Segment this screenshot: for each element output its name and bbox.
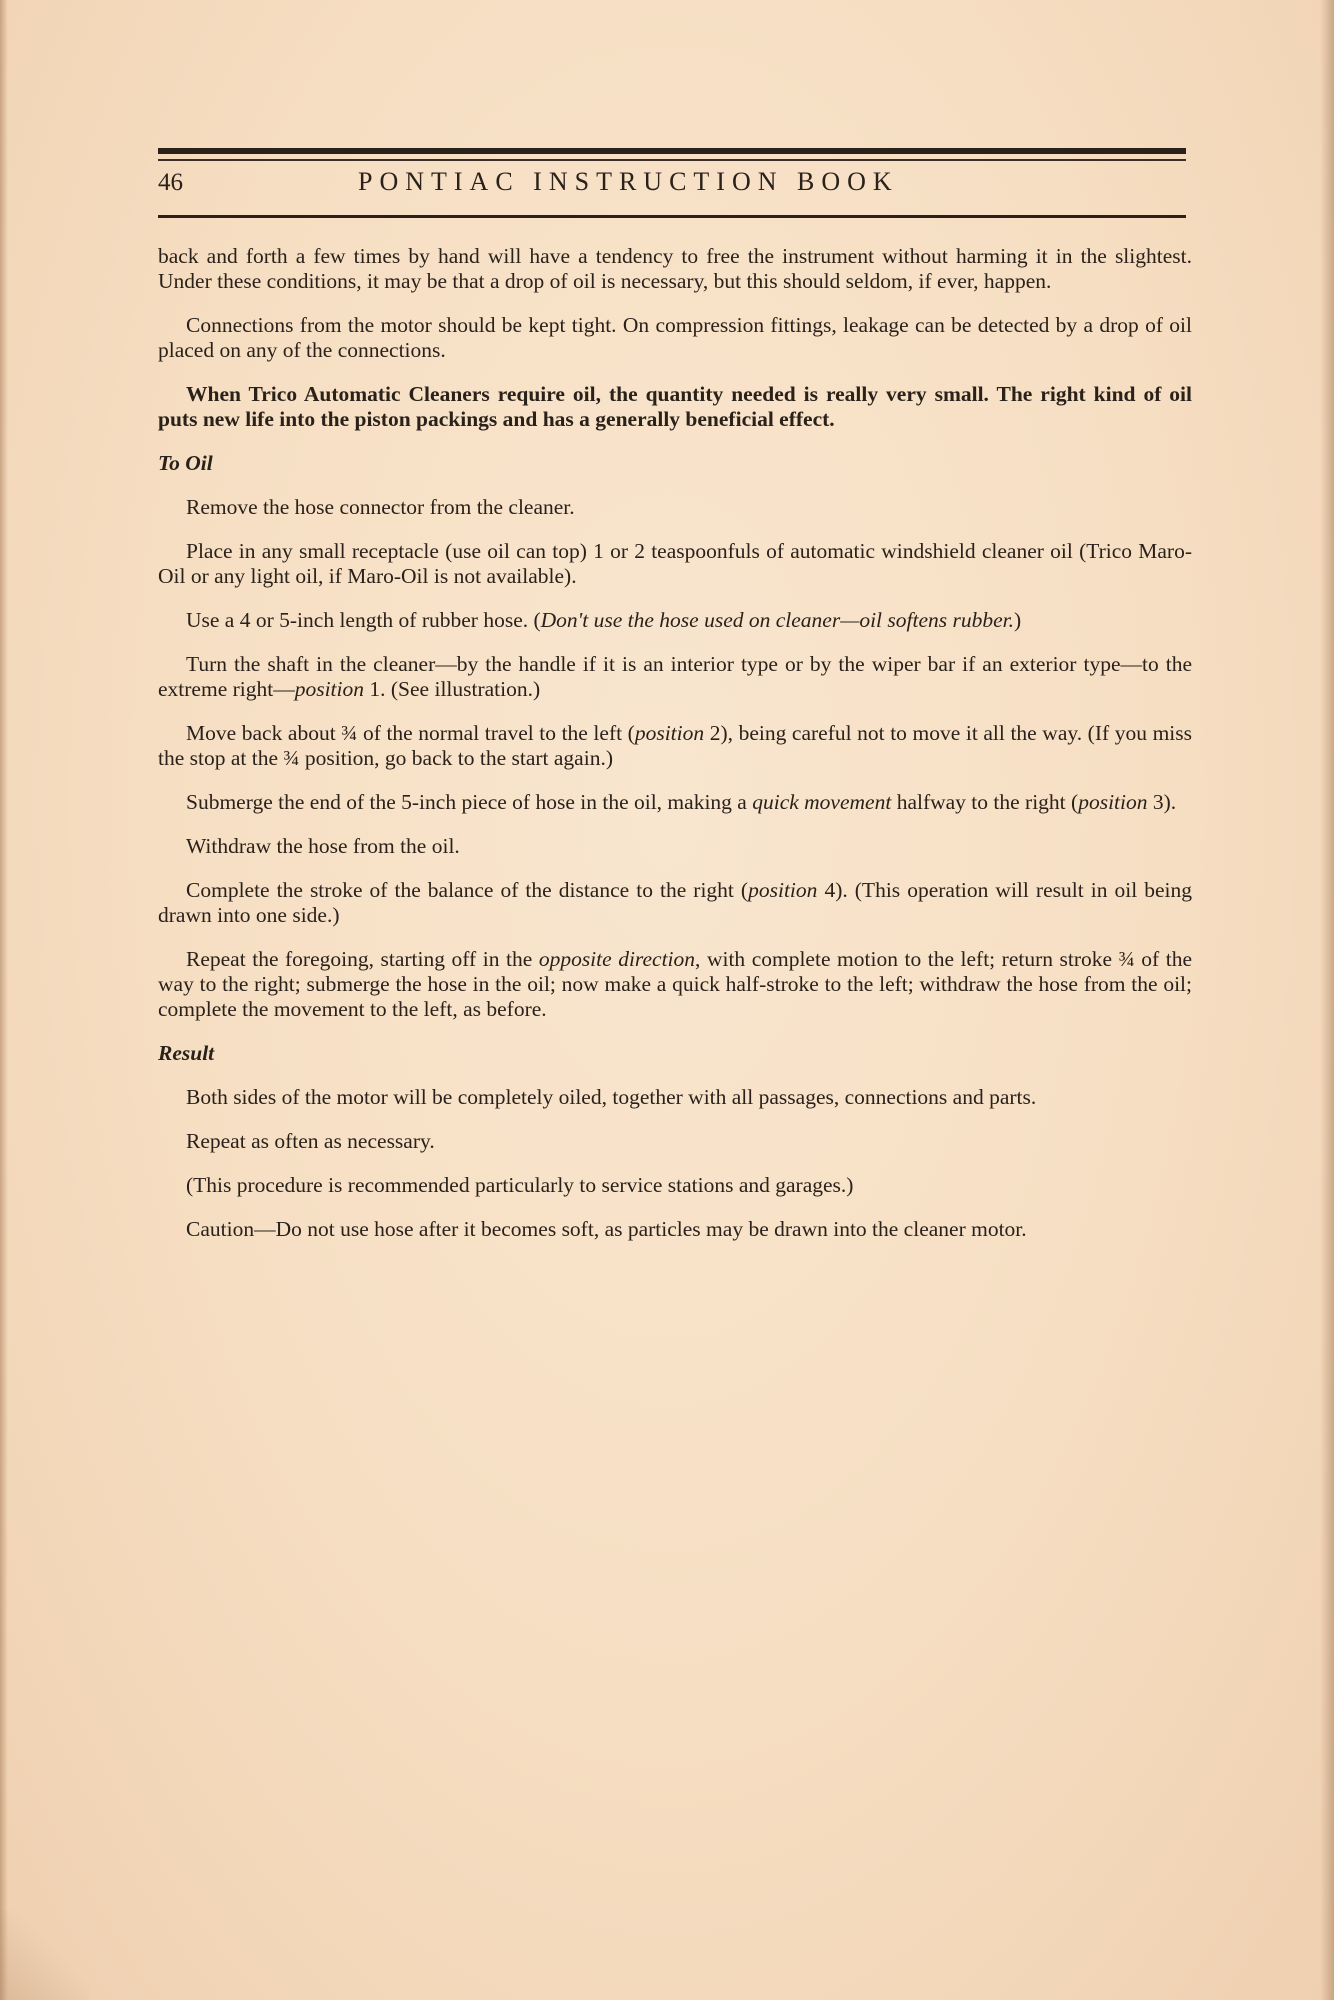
- result-both-sides-oiled: Both sides of the motor will be complete…: [158, 1085, 1192, 1110]
- header-row: 46 PONTIAC INSTRUCTION BOOK: [158, 167, 1186, 211]
- page-corner-fold: [0, 1910, 90, 2000]
- step-complete-stroke: Complete the stroke of the balance of th…: [158, 878, 1192, 928]
- caution-note: Caution—Do not use hose after it becomes…: [158, 1217, 1192, 1242]
- section-heading-to-oil: To Oil: [158, 451, 1192, 476]
- section-heading-result: Result: [158, 1041, 1192, 1066]
- paragraph-continuation: back and forth a few times by hand will …: [158, 244, 1192, 294]
- page-right-edge: [1320, 0, 1334, 2000]
- step-turn-shaft: Turn the shaft in the cleaner—by the han…: [158, 652, 1192, 702]
- header-rule-bottom: [158, 215, 1186, 218]
- step-use-hose: Use a 4 or 5-inch length of rubber hose.…: [158, 608, 1192, 633]
- hose-warning: Don't use the hose used on cleaner—oil s…: [541, 608, 1014, 632]
- result-repeat: Repeat as often as necessary.: [158, 1129, 1192, 1154]
- book-page: 46 PONTIAC INSTRUCTION BOOK back and for…: [0, 0, 1334, 2000]
- running-header: 46 PONTIAC INSTRUCTION BOOK: [158, 148, 1186, 218]
- step-move-back: Move back about ¾ of the normal travel t…: [158, 721, 1192, 771]
- page-body: back and forth a few times by hand will …: [158, 244, 1192, 1261]
- result-recommendation: (This procedure is recommended particula…: [158, 1173, 1192, 1198]
- step-submerge-hose: Submerge the end of the 5-inch piece of …: [158, 790, 1192, 815]
- step-place-oil: Place in any small receptacle (use oil c…: [158, 539, 1192, 589]
- step-repeat-opposite: Repeat the foregoing, starting off in th…: [158, 947, 1192, 1022]
- header-rule-thin: [158, 159, 1186, 161]
- page-left-edge: [0, 0, 8, 2000]
- running-title: PONTIAC INSTRUCTION BOOK: [358, 167, 899, 197]
- step-withdraw-hose: Withdraw the hose from the oil.: [158, 834, 1192, 859]
- header-rule-thick: [158, 148, 1186, 154]
- step-remove-connector: Remove the hose connector from the clean…: [158, 495, 1192, 520]
- paragraph-connections: Connections from the motor should be kep…: [158, 313, 1192, 363]
- paragraph-trico-oil-note: When Trico Automatic Cleaners require oi…: [158, 382, 1192, 432]
- page-number: 46: [158, 169, 308, 197]
